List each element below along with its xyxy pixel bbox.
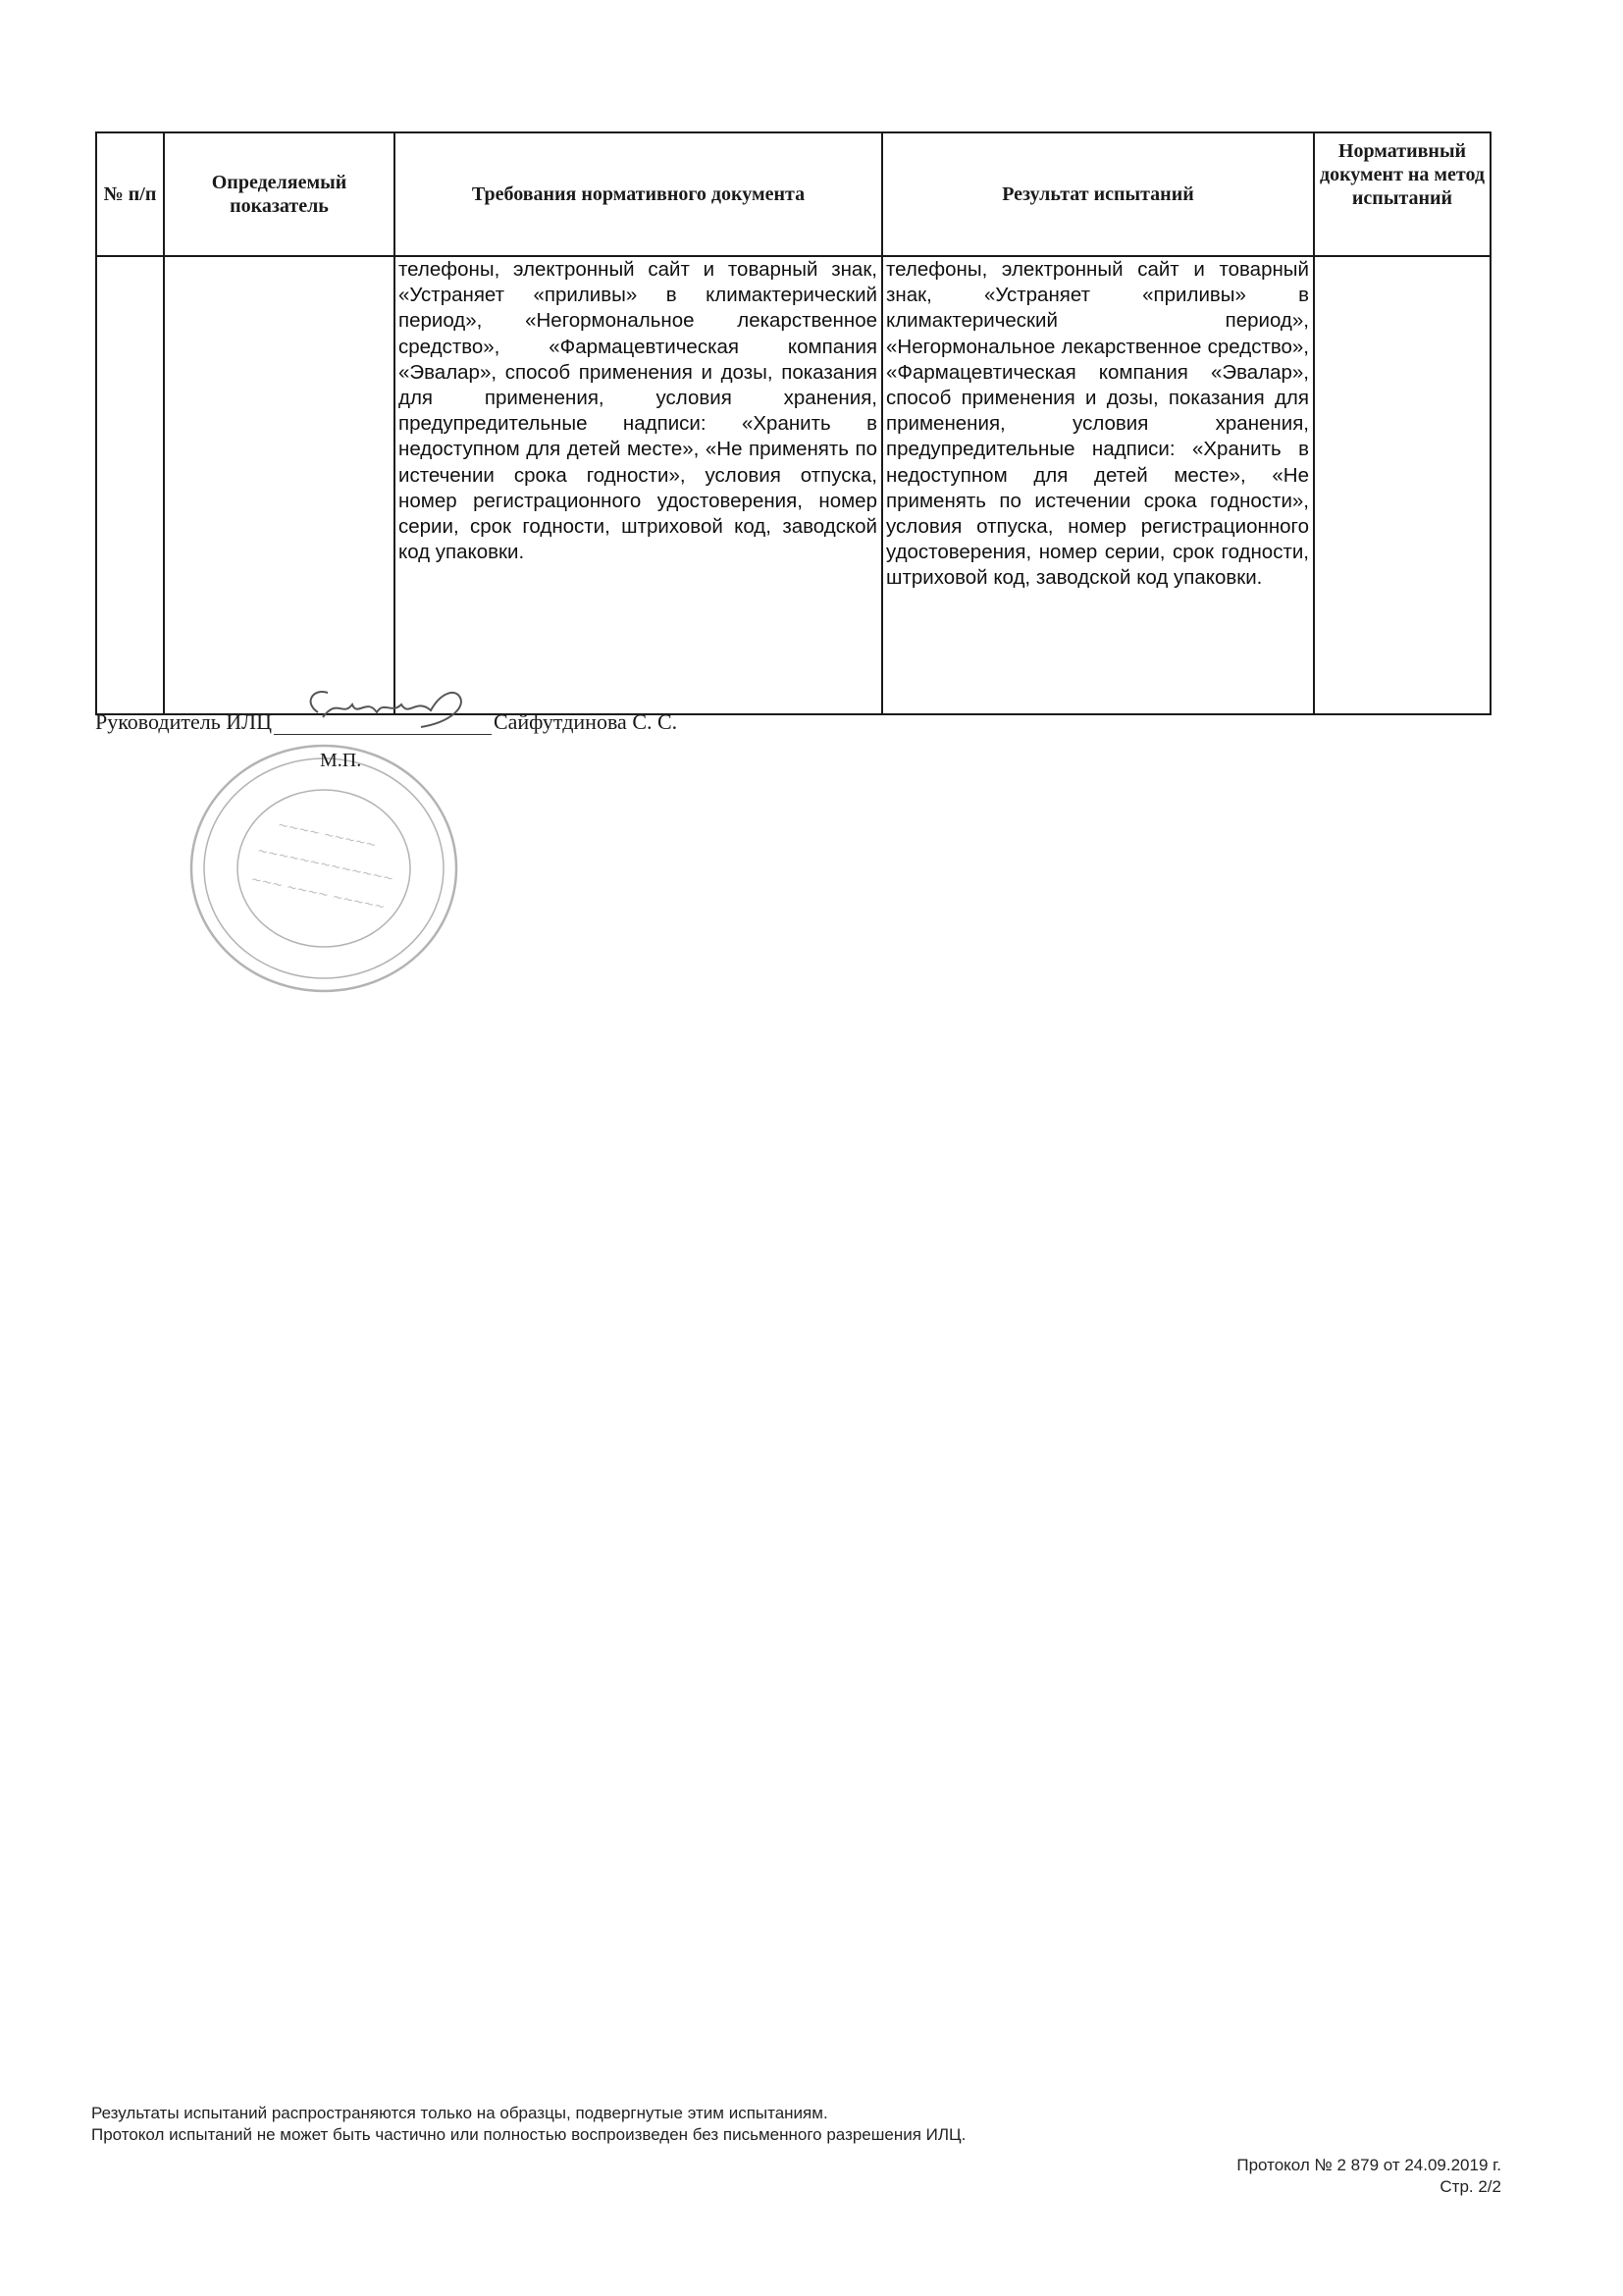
cell-method — [1314, 256, 1491, 714]
header-num: № п/п — [96, 132, 164, 256]
cell-requirements: телефоны, электронный сайт и товарный зн… — [394, 256, 882, 714]
footer-reference: Протокол № 2 879 от 24.09.2019 г. Стр. 2… — [1236, 2155, 1501, 2198]
header-result: Результат испытаний — [882, 132, 1314, 256]
header-method: Нормативный документ на метод испытаний — [1314, 132, 1491, 256]
table-row: телефоны, электронный сайт и товарный зн… — [96, 256, 1491, 714]
page-number: Стр. 2/2 — [1236, 2176, 1501, 2198]
signature-line — [274, 708, 492, 735]
header-requirements: Требования нормативного документа — [394, 132, 882, 256]
cell-result: телефоны, электронный сайт и товарный зн… — [882, 256, 1314, 714]
svg-text:~~~~ ~~~~~: ~~~~ ~~~~~ — [277, 817, 378, 853]
requirements-text: телефоны, электронный сайт и товарный зн… — [395, 257, 881, 565]
cell-num — [96, 256, 164, 714]
footer-note-copyright: Протокол испытаний не может быть частичн… — [91, 2124, 966, 2146]
footer-notes: Результаты испытаний распространяются то… — [91, 2103, 966, 2146]
result-text: телефоны, электронный сайт и товарный зн… — [883, 257, 1313, 592]
footer-note-scope: Результаты испытаний распространяются то… — [91, 2103, 966, 2124]
protocol-reference: Протокол № 2 879 от 24.09.2019 г. — [1236, 2155, 1501, 2176]
signatory-role: Руководитель ИЛЦ — [95, 709, 272, 735]
signature-block: Руководитель ИЛЦ Сайфутдинова С. С. — [95, 708, 677, 735]
table-header-row: № п/п Определяемый показатель Требования… — [96, 132, 1491, 256]
protocol-results-table: № п/п Определяемый показатель Требования… — [95, 131, 1492, 715]
stamp-place-label: М.П. — [320, 750, 361, 772]
signatory-name: Сайфутдинова С. С. — [494, 709, 677, 735]
handwritten-signature-icon — [293, 683, 490, 732]
header-indicator: Определяемый показатель — [164, 132, 394, 256]
cell-indicator — [164, 256, 394, 714]
